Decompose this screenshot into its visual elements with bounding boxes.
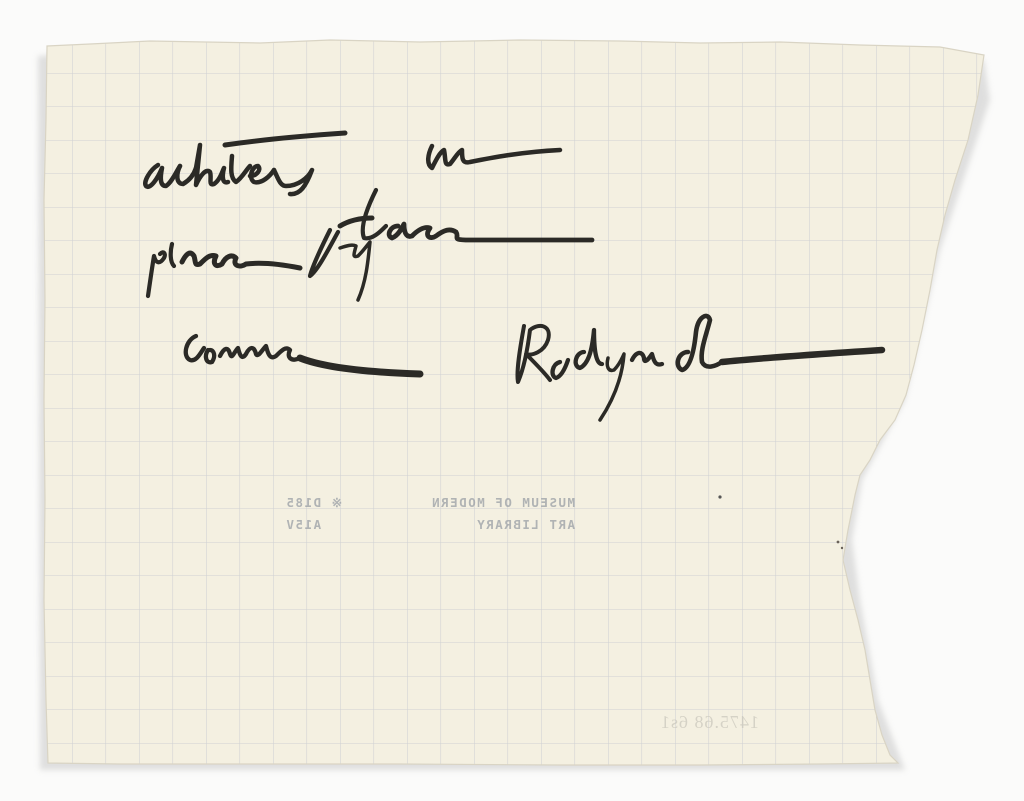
scan-canvas: MUSEUM OF MODERN ※ D185 ART LIBRARY A15V…: [0, 0, 1024, 801]
stamp-text: ART LIBRARY: [476, 514, 575, 536]
stamp-row-1: MUSEUM OF MODERN ※ D185: [285, 492, 575, 514]
handwriting-line-2: [148, 190, 592, 300]
handwriting-line-3: [186, 316, 882, 420]
stamp-text: MUSEUM OF MODERN: [431, 492, 575, 514]
stamp-code: A15V: [285, 514, 321, 536]
handwriting: [0, 0, 1024, 801]
faint-pencil-note: 1475.68 6s1: [660, 712, 759, 733]
stamp-row-2: ART LIBRARY A15V: [285, 514, 575, 536]
library-stamp-mirrored: MUSEUM OF MODERN ※ D185 ART LIBRARY A15V: [285, 492, 575, 536]
stamp-code: ※ D185: [285, 492, 342, 514]
handwriting-line-1: [145, 133, 560, 194]
